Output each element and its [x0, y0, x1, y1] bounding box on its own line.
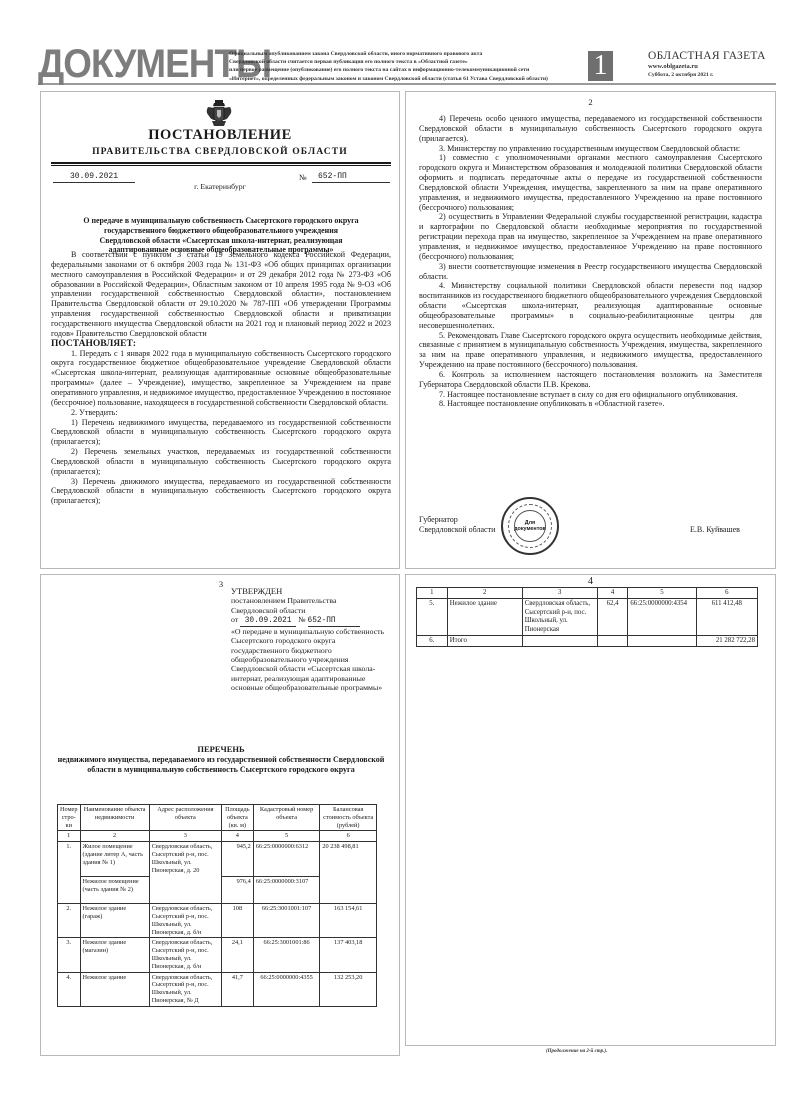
paragraph: 3. Министерству по управлению государств…	[419, 144, 762, 154]
table-row: 4. Нежилое здание Свердловская область, …	[58, 972, 377, 1006]
newspaper-name: ОБЛАСТНАЯ ГАЗЕТА	[648, 50, 788, 62]
approval-date: 30.09.2021	[240, 617, 296, 627]
paragraph: 6. Контроль за исполнением настоящего по…	[419, 370, 762, 390]
coat-of-arms-icon	[205, 98, 233, 128]
paragraph: 5. Рекомендовать Главе Сысертского город…	[419, 331, 762, 370]
document-page-3: 3 УТВЕРЖДЕН постановлением Правительства…	[40, 574, 400, 1056]
approval-number: 652-ПП	[308, 617, 360, 627]
official-stamp-icon: Длядокументов	[501, 497, 559, 555]
decree-title: ПОСТАНОВЛЕНИЕ	[41, 127, 399, 144]
decree-subtitle: ПРАВИТЕЛЬСТВА СВЕРДЛОВСКОЙ ОБЛАСТИ	[41, 146, 399, 157]
decree-body: В соответствии с пунктом 3 статьи 19 Зем…	[51, 250, 391, 506]
header-rule	[51, 162, 391, 164]
paragraph: 2. Утвердить:	[51, 408, 391, 418]
table-row: 3. Нежилое здание (магазин) Свердловская…	[58, 938, 377, 972]
paragraph: 2) Перечень земельных участков, передава…	[51, 447, 391, 477]
property-table: Номер стро-ки Наименование объекта недви…	[57, 804, 377, 1007]
masthead: ДОКУМЕНТЫ Официальным опубликованием зак…	[38, 48, 776, 85]
newspaper-page-number: 1	[588, 51, 613, 81]
paragraph: 8. Настоящее постановление опубликовать …	[419, 399, 762, 409]
table-row: 1. Жилое помещение (здание литер А, част…	[58, 842, 377, 877]
paragraph: 4) Перечень особо ценного имущества, пер…	[419, 114, 762, 144]
signer-title: Губернатор Свердловской области	[419, 515, 495, 535]
paragraph: 1. Передать с 1 января 2022 года в муниц…	[51, 349, 391, 408]
document-page-4: 4 1 2 3 4 5 6 5. Нежилое здание Свердлов…	[405, 574, 776, 1046]
table-column-numbers: 1 2 3 4 5 6	[417, 588, 758, 599]
number-label: №	[299, 173, 307, 182]
paragraph: 4. Министерству социальной политики Свер…	[419, 281, 762, 330]
paragraph: 3) внести соответствующие изменения в Ре…	[419, 262, 762, 282]
list-title: ПЕРЕЧЕНЬ недвижимого имущества, передава…	[51, 745, 391, 774]
page-number: 4	[406, 576, 775, 587]
table-total-row: 6. Итого 21 282 722,28	[417, 636, 758, 647]
page-number: 3	[211, 579, 231, 589]
page-number: 2	[406, 97, 775, 107]
approval-block: УТВЕРЖДЕН постановлением Правительства С…	[231, 587, 391, 692]
table-header-row: Номер стро-ки Наименование объекта недви…	[58, 805, 377, 831]
table-row: 2. Нежилое здание (гараж) Свердловская о…	[58, 904, 377, 938]
continued-note: (Продолжение на 2-й стр.).	[546, 1049, 607, 1054]
paragraph: 2) осуществить в Управлении Федеральной …	[419, 212, 762, 261]
paragraph: 1) Перечень недвижимого имущества, перед…	[51, 418, 391, 448]
paragraph: 7. Настоящее постановление вступает в си…	[419, 390, 762, 400]
publication-notice: Официальным опубликованием закона Свердл…	[229, 50, 589, 83]
table-column-numbers: 1 2 3 4 5 6	[58, 831, 377, 842]
resolves-heading: ПОСТАНОВЛЯЕТ:	[51, 339, 391, 349]
preamble: В соответствии с пунктом 3 статьи 19 Зем…	[51, 250, 391, 339]
decree-city: г. Екатеринбург	[41, 182, 399, 191]
issue-date: Суббота, 2 октября 2021 г.	[648, 71, 788, 79]
newspaper-info: ОБЛАСТНАЯ ГАЗЕТА www.oblgazeta.ru Суббот…	[648, 50, 788, 79]
signer-name: Е.В. Куйвашев	[690, 525, 740, 534]
header-rule-thin	[51, 165, 391, 166]
table-row: 5. Нежилое здание Свердловская область, …	[417, 599, 758, 636]
approval-subject: «О передаче в муниципальную собственност…	[231, 627, 391, 692]
paragraph: 1) совместно с уполномоченными органами …	[419, 153, 762, 212]
property-table-continued: 1 2 3 4 5 6 5. Нежилое здание Свердловск…	[416, 587, 758, 647]
decree-body-continued: 4) Перечень особо ценного имущества, пер…	[419, 114, 762, 409]
document-page-1: ПОСТАНОВЛЕНИЕ ПРАВИТЕЛЬСТВА СВЕРДЛОВСКОЙ…	[40, 91, 400, 569]
paragraph: 3) Перечень движимого имущества, передав…	[51, 477, 391, 507]
document-page-2: 2 4) Перечень особо ценного имущества, п…	[405, 91, 776, 569]
newspaper-website[interactable]: www.oblgazeta.ru	[648, 62, 788, 71]
